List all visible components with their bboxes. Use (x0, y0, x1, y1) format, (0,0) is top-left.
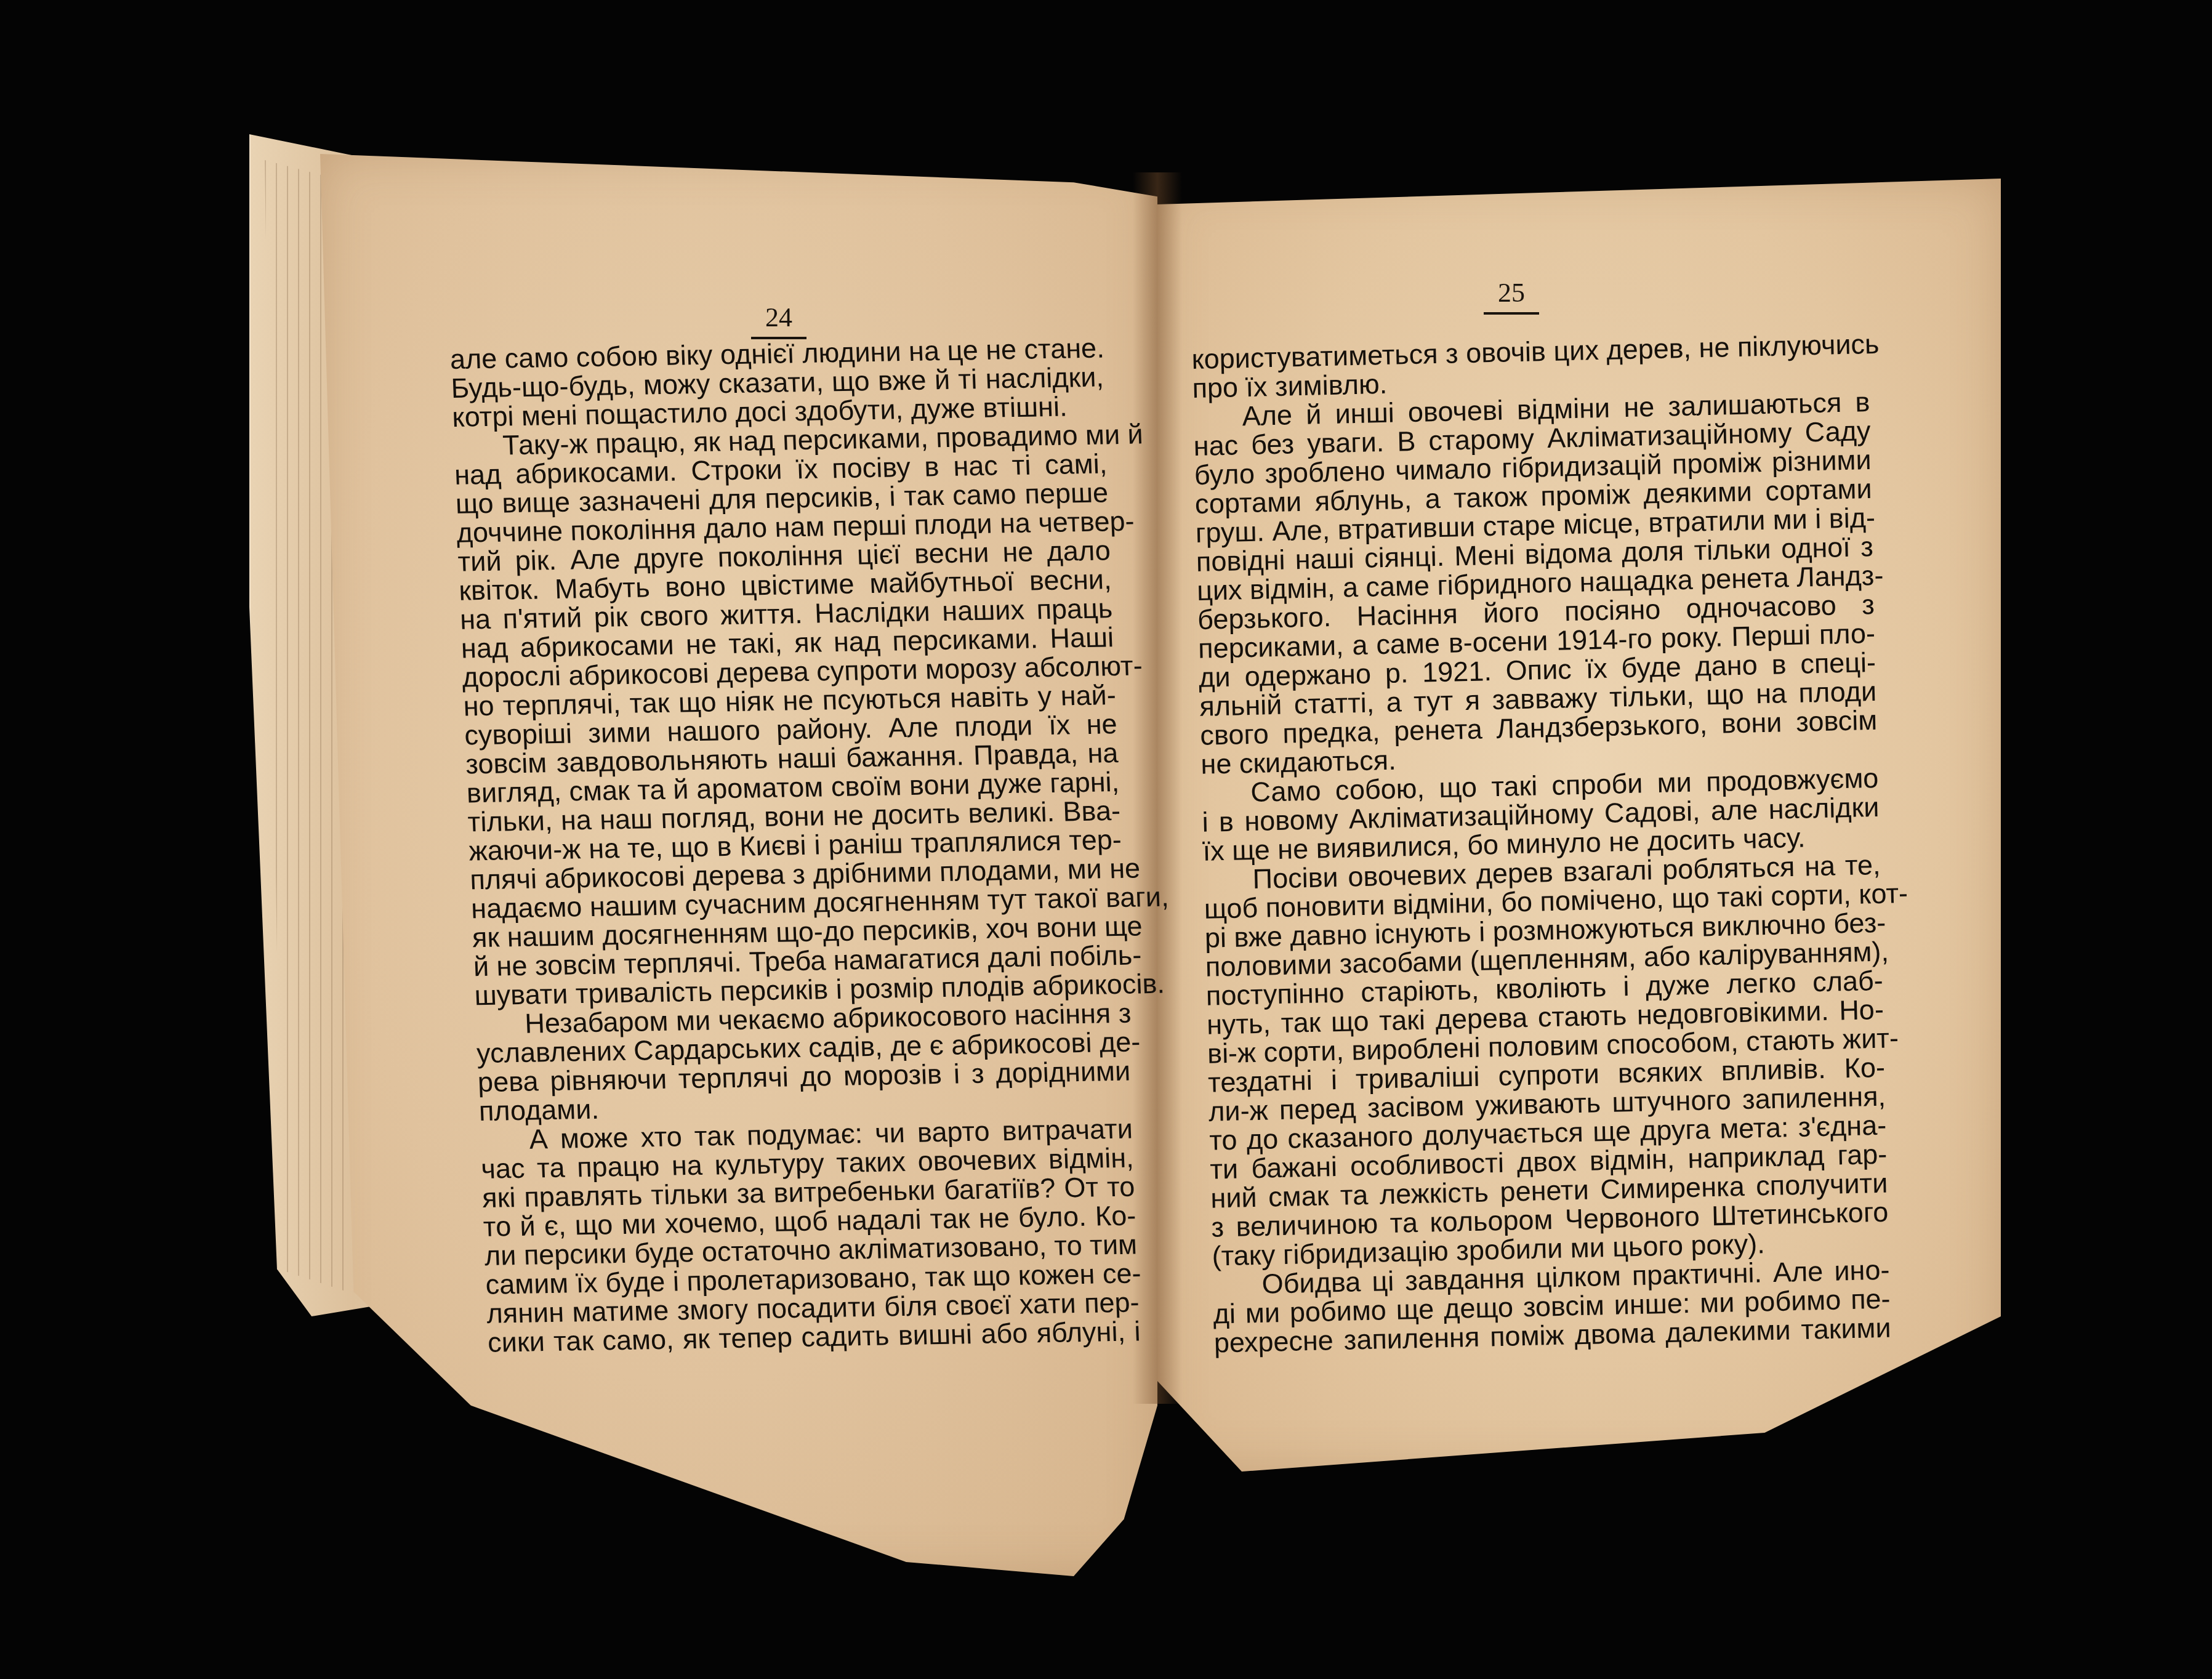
left-page-number: 24 (736, 302, 822, 339)
photo-background: 24 25 але само собою віку однієї людини … (0, 0, 2212, 1679)
book-gutter (1133, 172, 1182, 1404)
left-page-body-text: але само собою віку однієї людини на це … (449, 333, 1141, 1356)
right-page-body-text: користуватиметься з овочів цих дерев, не… (1191, 329, 1891, 1358)
right-page-number: 25 (1468, 277, 1554, 315)
